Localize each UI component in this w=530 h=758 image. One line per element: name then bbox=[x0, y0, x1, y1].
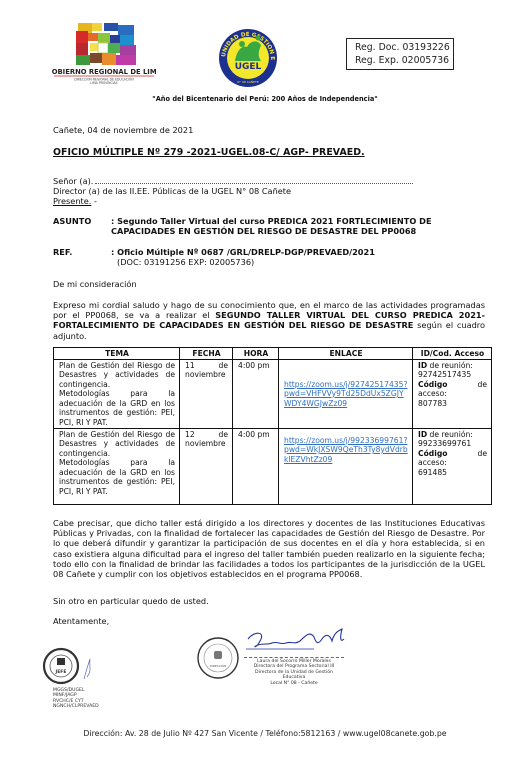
cell-hora: 4:00 pm bbox=[233, 359, 279, 428]
access-code: 691485 bbox=[418, 468, 487, 478]
col-id-acceso: ID/Cod. Acceso bbox=[413, 348, 492, 360]
svg-text:GOBIERNO REGIONAL DE LIMA: GOBIERNO REGIONAL DE LIMA bbox=[52, 68, 156, 76]
ref: REF.: Oficio Múltiple Nº 0687 /GRL/DRELP… bbox=[53, 247, 375, 257]
table-header-row: TEMA FECHA HORA ENLACE ID/Cod. Acceso bbox=[54, 348, 492, 360]
regards: Atentamente, bbox=[53, 616, 109, 626]
svg-text:UGEL: UGEL bbox=[235, 62, 262, 72]
ref-line1: : Oficio Múltiple Nº 0687 /GRL/DRELP-DGP… bbox=[111, 247, 375, 257]
registry-box: Reg. Doc. 03193226 Reg. Exp. 02005736 bbox=[346, 38, 454, 70]
sign-off: Sin otro en particular quedo de usted. bbox=[53, 596, 209, 606]
recipient-role: Director (a) de las II.EE. Públicas de l… bbox=[53, 186, 291, 196]
asunto-label: ASUNTO bbox=[53, 216, 111, 226]
meeting-id: 99233699761 bbox=[418, 439, 487, 449]
initials-block: MGGS/DUGEL MINF/JAGP RVCHC/E CYT NGNCH/C… bbox=[53, 688, 99, 710]
cell-hora: 4:00 pm bbox=[233, 428, 279, 504]
zoom-link[interactable]: https://zoom.us/j/92742517435?pwd=VHFVVy… bbox=[284, 380, 408, 409]
handwritten-signature bbox=[244, 627, 354, 657]
asunto-line2: CAPACIDADES EN GESTIÓN DEL RIESGO DE DES… bbox=[111, 226, 416, 236]
presente: Presente. - bbox=[53, 196, 97, 206]
reg-doc: Reg. Doc. 03193226 bbox=[355, 41, 453, 54]
cell-fecha: 11de noviembre bbox=[180, 359, 233, 428]
signature-icon bbox=[244, 627, 354, 657]
footer-address: Dirección: Av. 28 de Julio Nº 427 San Vi… bbox=[0, 729, 530, 738]
table-row: Plan de Gestión del Riesgo de Desastres … bbox=[54, 428, 492, 504]
intro-paragraph: Expreso mi cordial saludo y hago de su c… bbox=[53, 300, 485, 341]
closing-paragraph: Cabe precisar, que dicho taller está dir… bbox=[53, 518, 485, 579]
meeting-id: 92742517435 bbox=[418, 370, 487, 380]
seal-jefe-icon: JEFE bbox=[42, 647, 102, 687]
year-motto: "Año del Bicentenario del Perú: 200 Años… bbox=[0, 95, 530, 103]
left-seal: JEFE bbox=[42, 647, 102, 687]
reg-exp: Reg. Exp. 02005736 bbox=[355, 54, 453, 67]
oficio-title: OFICIO MÚLTIPLE Nº 279 -2021-UGEL.08-C/ … bbox=[53, 147, 365, 158]
ugel-emblem-icon: UNIDAD DE GESTION EDUCATIVA LOCAL UGEL N… bbox=[217, 25, 279, 89]
svg-text:JEFE: JEFE bbox=[55, 669, 67, 675]
gobierno-regional-emblem-icon: GOBIERNO REGIONAL DE LIMA DIRECCIÓN REGI… bbox=[52, 21, 156, 85]
asunto-line1: : Segundo Taller Virtual del curso PREDI… bbox=[111, 216, 432, 226]
cell-enlace: https://zoom.us/j/92742517435?pwd=VHFVVy… bbox=[279, 359, 413, 428]
seal-direccion-icon: DIRECCIÓN bbox=[196, 636, 240, 680]
center-seal: DIRECCIÓN bbox=[196, 636, 240, 680]
ref-line2: (DOC: 03191256 EXP: 02005736) bbox=[117, 257, 254, 267]
access-code: 807783 bbox=[418, 399, 487, 409]
recipient-salutation: Señor (a). bbox=[53, 176, 413, 186]
cell-id-acceso: ID de reunión: 92742517435 Códigode acce… bbox=[413, 359, 492, 428]
schedule-table: TEMA FECHA HORA ENLACE ID/Cod. Acceso Pl… bbox=[53, 347, 492, 505]
table-row: Plan de Gestión del Riesgo de Desastres … bbox=[54, 359, 492, 428]
zoom-link[interactable]: https://zoom.us/j/99233699761?pwd=WkJXSW… bbox=[284, 436, 408, 465]
cell-enlace: https://zoom.us/j/99233699761?pwd=WkJXSW… bbox=[279, 428, 413, 504]
letter-date: Cañete, 04 de noviembre de 2021 bbox=[53, 125, 193, 135]
cell-id-acceso: ID de reunión: 99233699761 Códigode acce… bbox=[413, 428, 492, 504]
cell-tema: Plan de Gestión del Riesgo de Desastres … bbox=[54, 428, 180, 504]
col-fecha: FECHA bbox=[180, 348, 233, 360]
col-hora: HORA bbox=[233, 348, 279, 360]
svg-text:LIMA PROVINCIAS: LIMA PROVINCIAS bbox=[90, 81, 117, 85]
cell-fecha: 12de noviembre bbox=[180, 428, 233, 504]
svg-text:N° 08 CAÑETE: N° 08 CAÑETE bbox=[237, 79, 259, 84]
ugel-logo: UNIDAD DE GESTION EDUCATIVA LOCAL UGEL N… bbox=[217, 25, 279, 89]
svg-text:DIRECCIÓN: DIRECCIÓN bbox=[210, 663, 227, 668]
ref-label: REF. bbox=[53, 247, 111, 257]
col-enlace: ENLACE bbox=[279, 348, 413, 360]
greeting: De mi consideración bbox=[53, 279, 137, 289]
recipient-blank bbox=[95, 176, 413, 184]
asunto: ASUNTO: Segundo Taller Virtual del curso… bbox=[53, 216, 432, 226]
gobierno-regional-lima-logo: GOBIERNO REGIONAL DE LIMA DIRECCIÓN REGI… bbox=[52, 21, 156, 85]
col-tema: TEMA bbox=[54, 348, 180, 360]
signer-block: Laura del Socorro Miller Morales Directo… bbox=[244, 657, 344, 686]
cell-tema: Plan de Gestión del Riesgo de Desastres … bbox=[54, 359, 180, 428]
